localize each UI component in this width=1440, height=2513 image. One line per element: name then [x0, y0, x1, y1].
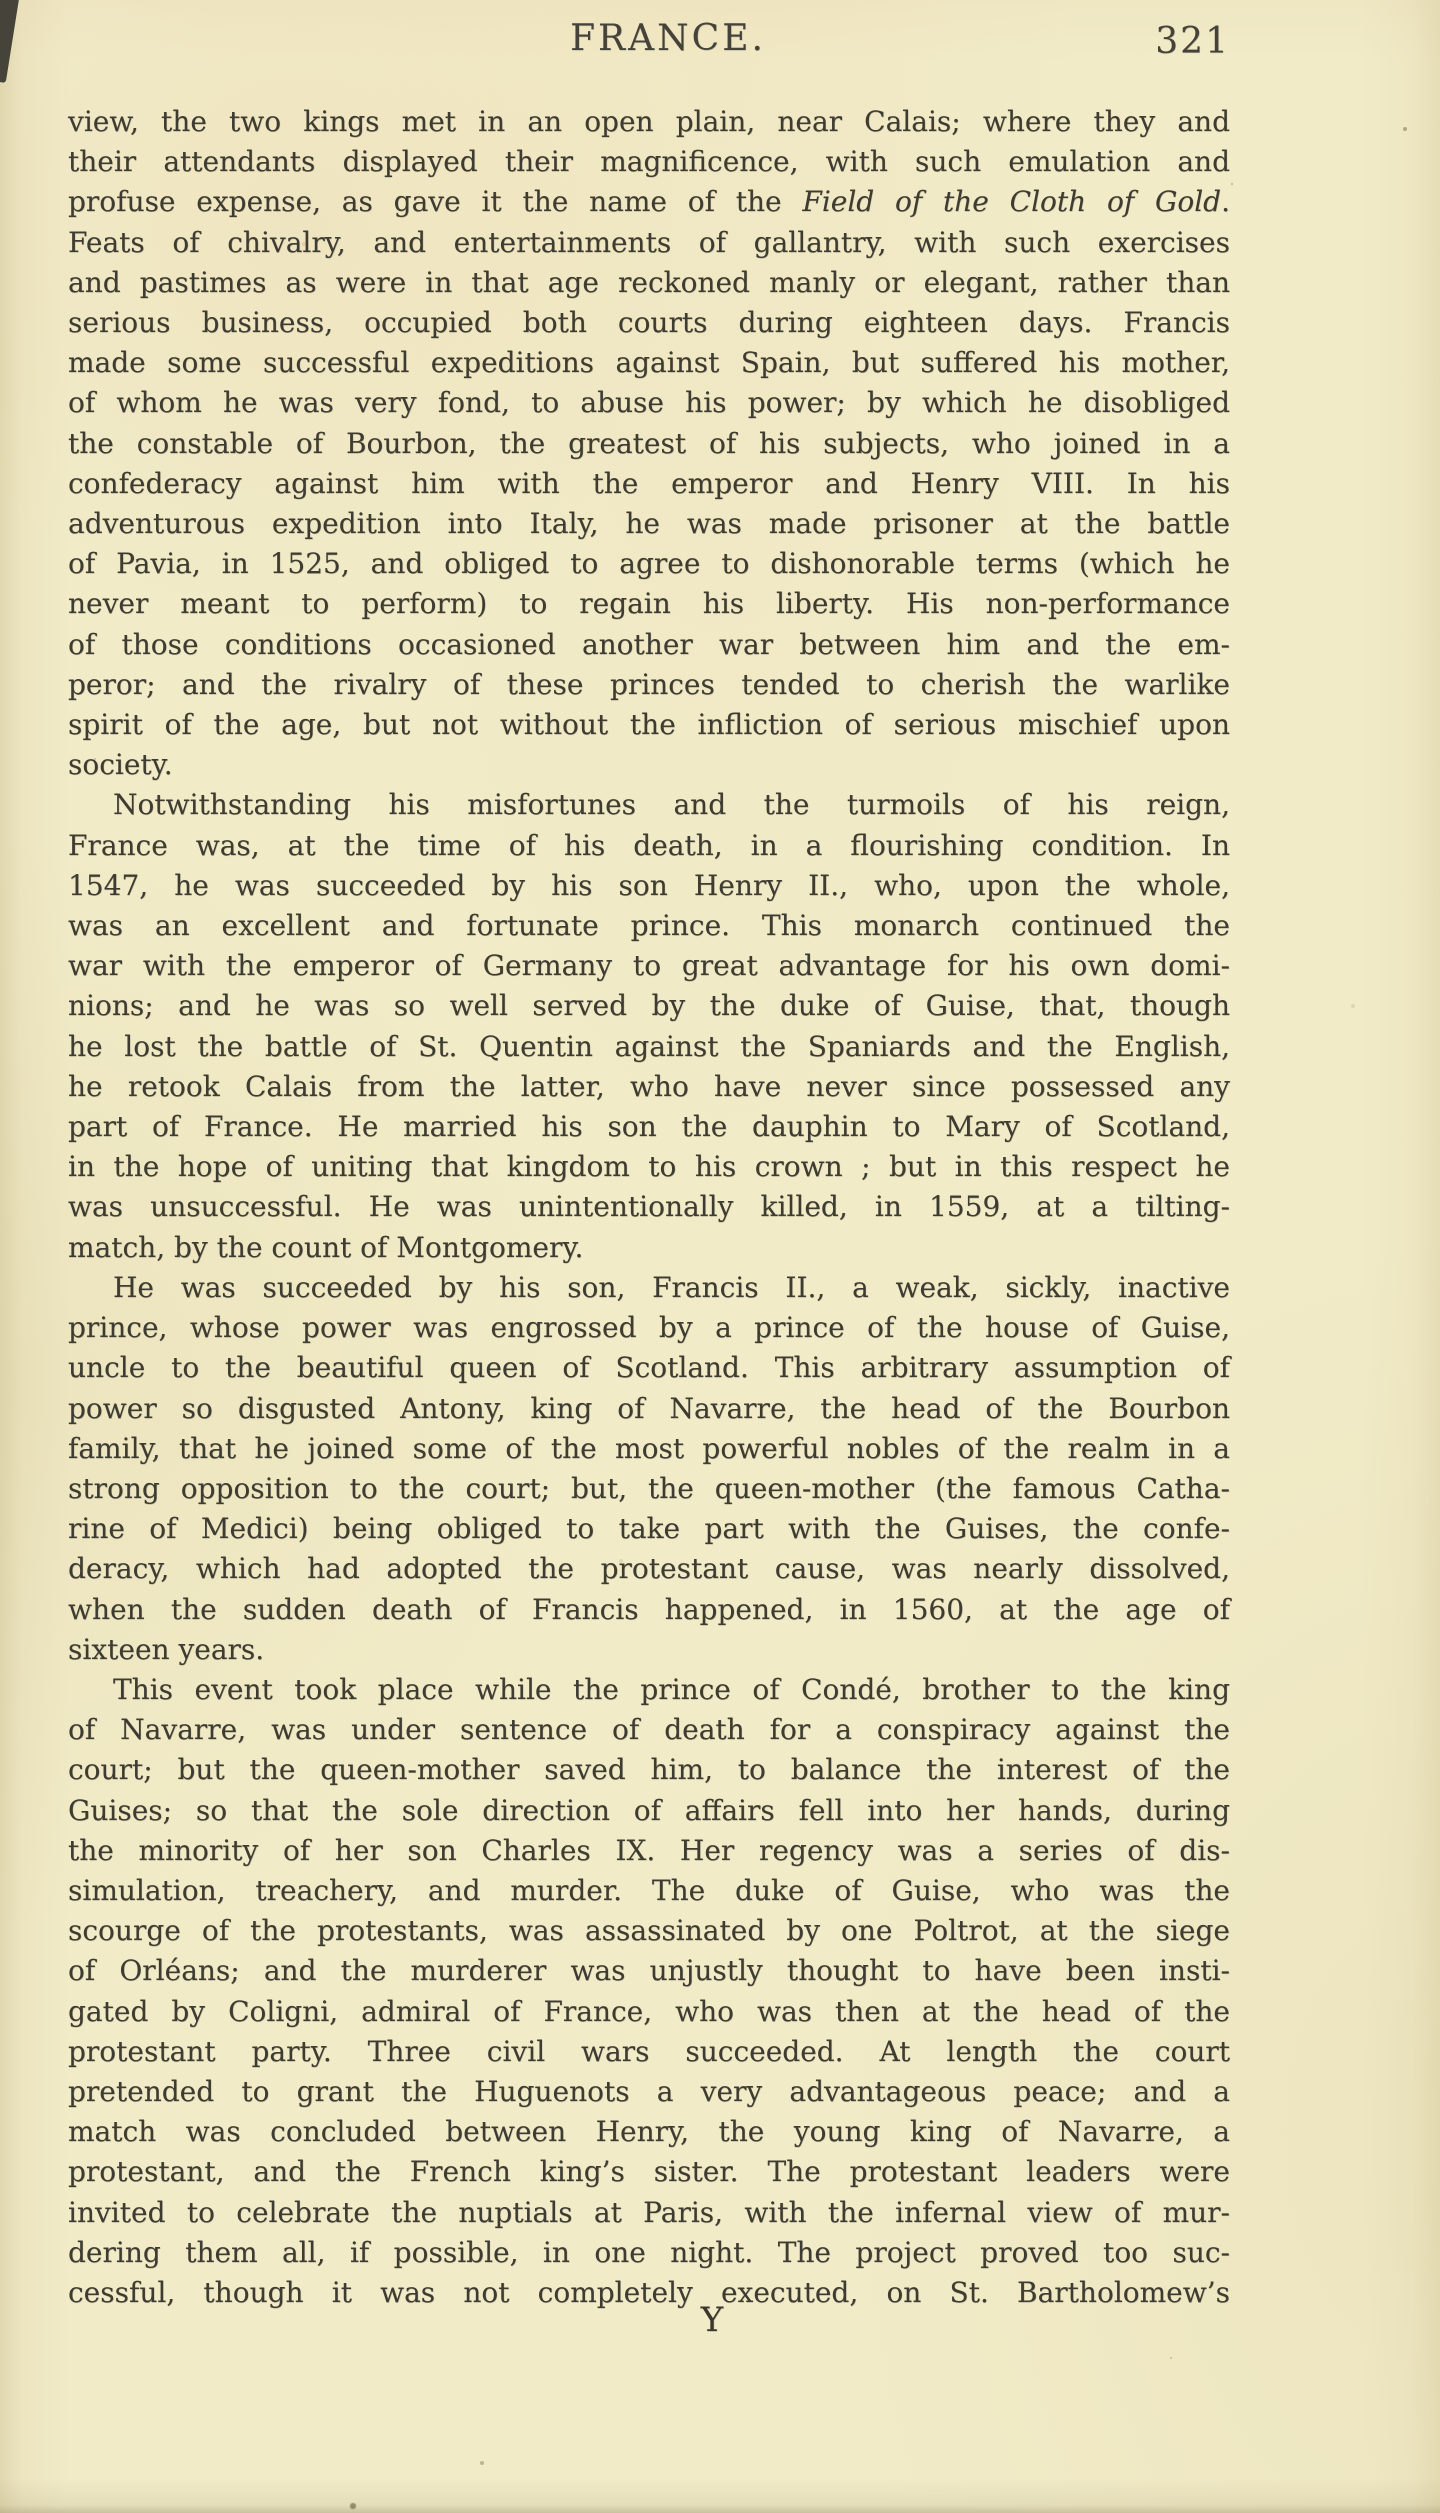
text-line: court; but the queen-mother saved him, t… [68, 1750, 1230, 1790]
text-segment: of those conditions occasioned another w… [68, 628, 1230, 661]
text-line: of those conditions occasioned another w… [68, 625, 1230, 665]
text-segment: invited to celebrate the nuptials at Par… [68, 2196, 1230, 2229]
text-line: Feats of chivalry, and entertainments of… [68, 223, 1230, 263]
text-line: family, that he joined some of the most … [68, 1429, 1230, 1469]
text-line: was an excellent and fortunate prince. T… [68, 906, 1230, 946]
text-segment: of Navarre, was under sentence of death … [68, 1713, 1230, 1746]
text-segment: protestant, and the French king’s sister… [68, 2155, 1230, 2188]
text-segment: their attendants displayed their magnifi… [68, 145, 1230, 178]
text-line: serious business, occupied both courts d… [68, 303, 1230, 343]
text-line: sixteen years. [68, 1630, 1230, 1670]
text-segment: scourge of the protestants, was assassin… [68, 1914, 1230, 1947]
text-segment: never meant to perform) to regain his li… [68, 587, 1230, 620]
text-segment: was an excellent and fortunate prince. T… [68, 909, 1230, 942]
text-line: protestant party. Three civil wars succe… [68, 2032, 1230, 2072]
text-segment: and pastimes as were in that age reckone… [68, 266, 1230, 299]
text-segment: Guises; so that the sole direction of af… [68, 1794, 1230, 1827]
text-segment: sixteen years. [68, 1633, 264, 1666]
text-line: 1547, he was succeeded by his son Henry … [68, 866, 1230, 906]
italic-text-segment: Field of the Cloth of Gold [802, 185, 1221, 218]
text-line: deracy, which had adopted the protestant… [68, 1549, 1230, 1589]
text-segment: He was succeeded by his son, Francis II.… [113, 1271, 1230, 1304]
text-segment: serious business, occupied both courts d… [68, 306, 1230, 339]
page-number: 321 [1155, 21, 1230, 62]
text-segment: pretended to grant the Huguenots a very … [68, 2075, 1230, 2108]
page-body: view, the two kings met in an open plain… [68, 102, 1230, 2313]
text-line: in the hope of uniting that kingdom to h… [68, 1147, 1230, 1187]
text-segment: he lost the battle of St. Quentin agains… [68, 1030, 1230, 1063]
text-segment: of Orléans; and the murderer was unjustl… [68, 1954, 1230, 1987]
text-line: match, by the count of Montgomery. [68, 1228, 1230, 1268]
text-segment: match was concluded between Henry, the y… [68, 2115, 1230, 2148]
text-line: He was succeeded by his son, Francis II.… [68, 1268, 1230, 1308]
paper-specks [0, 0, 2, 2]
text-segment: France was, at the time of his death, in… [68, 829, 1230, 862]
text-segment: court; but the queen-mother saved him, t… [68, 1753, 1230, 1786]
text-segment: rine of Medici) being obliged to take pa… [68, 1512, 1230, 1545]
text-segment: power so disgusted Antony, king of Navar… [68, 1392, 1230, 1425]
text-line: adventurous expedition into Italy, he wa… [68, 504, 1230, 544]
text-line: when the sudden death of Francis happene… [68, 1590, 1230, 1630]
text-line: of Pavia, in 1525, and obliged to agree … [68, 544, 1230, 584]
text-segment: Notwithstanding his misfortunes and the … [113, 788, 1230, 821]
text-line: society. [68, 745, 1230, 785]
text-line: invited to celebrate the nuptials at Par… [68, 2193, 1230, 2233]
text-segment: of whom he was very fond, to abuse his p… [68, 386, 1230, 419]
text-line: he lost the battle of St. Quentin agains… [68, 1027, 1230, 1067]
text-segment: society. [68, 748, 173, 781]
text-line: Notwithstanding his misfortunes and the … [68, 785, 1230, 825]
paragraph: Notwithstanding his misfortunes and the … [68, 785, 1230, 1267]
text-segment: This event took place while the prince o… [113, 1673, 1230, 1706]
text-line: made some successful expeditions against… [68, 343, 1230, 383]
text-segment: of Pavia, in 1525, and obliged to agree … [68, 547, 1230, 580]
text-line: nions; and he was so well served by the … [68, 986, 1230, 1026]
text-segment: war with the emperor of Germany to great… [68, 949, 1230, 982]
text-segment: he retook Calais from the latter, who ha… [68, 1070, 1230, 1103]
text-line: scourge of the protestants, was assassin… [68, 1911, 1230, 1951]
text-line: This event took place while the prince o… [68, 1670, 1230, 1710]
scan-corner-artifact [0, 0, 20, 83]
text-line: view, the two kings met in an open plain… [68, 102, 1230, 142]
text-segment: profuse expense, as gave it the name of … [68, 185, 802, 218]
text-line: the minority of her son Charles IX. Her … [68, 1831, 1230, 1871]
text-line: rine of Medici) being obliged to take pa… [68, 1509, 1230, 1549]
paragraph: view, the two kings met in an open plain… [68, 102, 1230, 785]
text-line: strong opposition to the court; but, the… [68, 1469, 1230, 1509]
text-segment: 1547, he was succeeded by his son Henry … [68, 869, 1230, 902]
text-segment: spirit of the age, but not without the i… [68, 708, 1230, 741]
text-segment: gated by Coligni, admiral of France, who… [68, 1995, 1230, 2028]
text-line: Guises; so that the sole direction of af… [68, 1791, 1230, 1831]
text-segment: Feats of chivalry, and entertainments of… [68, 226, 1230, 259]
text-line: was unsuccessful. He was unintentionally… [68, 1187, 1230, 1227]
text-line: their attendants displayed their magnifi… [68, 142, 1230, 182]
text-line: peror; and the rivalry of these princes … [68, 665, 1230, 705]
text-segment: dering them all, if possible, in one nig… [68, 2236, 1230, 2269]
text-line: gated by Coligni, admiral of France, who… [68, 1992, 1230, 2032]
text-line: pretended to grant the Huguenots a very … [68, 2072, 1230, 2112]
text-line: uncle to the beautiful queen of Scotland… [68, 1348, 1230, 1388]
text-segment: family, that he joined some of the most … [68, 1432, 1230, 1465]
text-segment: match, by the count of Montgomery. [68, 1231, 583, 1264]
text-segment: the minority of her son Charles IX. Her … [68, 1834, 1230, 1867]
text-segment: deracy, which had adopted the protestant… [68, 1552, 1230, 1585]
text-line: confederacy against him with the emperor… [68, 464, 1230, 504]
paragraph: This event took place while the prince o… [68, 1670, 1230, 2313]
text-segment: prince, whose power was engrossed by a p… [68, 1311, 1230, 1344]
text-segment: adventurous expedition into Italy, he wa… [68, 507, 1230, 540]
text-line: cessful, though it was not completely ex… [68, 2273, 1230, 2313]
book-page: FRANCE. 321 view, the two kings met in a… [0, 0, 1440, 2513]
text-line: of whom he was very fond, to abuse his p… [68, 383, 1230, 423]
text-line: never meant to perform) to regain his li… [68, 584, 1230, 624]
text-segment: confederacy against him with the emperor… [68, 467, 1230, 500]
text-line: part of France. He married his son the d… [68, 1107, 1230, 1147]
text-segment: cessful, though it was not completely ex… [68, 2276, 1230, 2309]
text-line: spirit of the age, but not without the i… [68, 705, 1230, 745]
text-segment: nions; and he was so well served by the … [68, 989, 1230, 1022]
text-segment: the constable of Bourbon, the greatest o… [68, 427, 1230, 460]
text-line: of Navarre, was under sentence of death … [68, 1710, 1230, 1750]
text-line: and pastimes as were in that age reckone… [68, 263, 1230, 303]
text-line: war with the emperor of Germany to great… [68, 946, 1230, 986]
text-segment: strong opposition to the court; but, the… [68, 1472, 1230, 1505]
text-segment: . [1221, 185, 1230, 218]
text-line: power so disgusted Antony, king of Navar… [68, 1389, 1230, 1429]
signature-mark: Y [701, 2300, 723, 2340]
text-segment: protestant party. Three civil wars succe… [68, 2035, 1230, 2068]
text-line: protestant, and the French king’s sister… [68, 2152, 1230, 2192]
text-segment: view, the two kings met in an open plain… [68, 105, 1230, 138]
text-line: France was, at the time of his death, in… [68, 826, 1230, 866]
text-line: match was concluded between Henry, the y… [68, 2112, 1230, 2152]
text-segment: when the sudden death of Francis happene… [68, 1593, 1230, 1626]
text-segment: uncle to the beautiful queen of Scotland… [68, 1351, 1230, 1384]
text-line: dering them all, if possible, in one nig… [68, 2233, 1230, 2273]
text-line: of Orléans; and the murderer was unjustl… [68, 1951, 1230, 1991]
text-line: prince, whose power was engrossed by a p… [68, 1308, 1230, 1348]
text-segment: was unsuccessful. He was unintentionally… [68, 1190, 1230, 1223]
text-line: profuse expense, as gave it the name of … [68, 182, 1230, 222]
text-segment: simulation, treachery, and murder. The d… [68, 1874, 1230, 1907]
text-segment: peror; and the rivalry of these princes … [68, 668, 1230, 701]
text-segment: part of France. He married his son the d… [68, 1110, 1230, 1143]
text-segment: made some successful expeditions against… [68, 346, 1230, 379]
text-line: simulation, treachery, and murder. The d… [68, 1871, 1230, 1911]
text-segment: in the hope of uniting that kingdom to h… [68, 1150, 1230, 1183]
text-line: the constable of Bourbon, the greatest o… [68, 424, 1230, 464]
running-head-title: FRANCE. [68, 18, 1230, 59]
page-header: FRANCE. 321 [68, 18, 1230, 68]
text-line: he retook Calais from the latter, who ha… [68, 1067, 1230, 1107]
paragraph: He was succeeded by his son, Francis II.… [68, 1268, 1230, 1670]
